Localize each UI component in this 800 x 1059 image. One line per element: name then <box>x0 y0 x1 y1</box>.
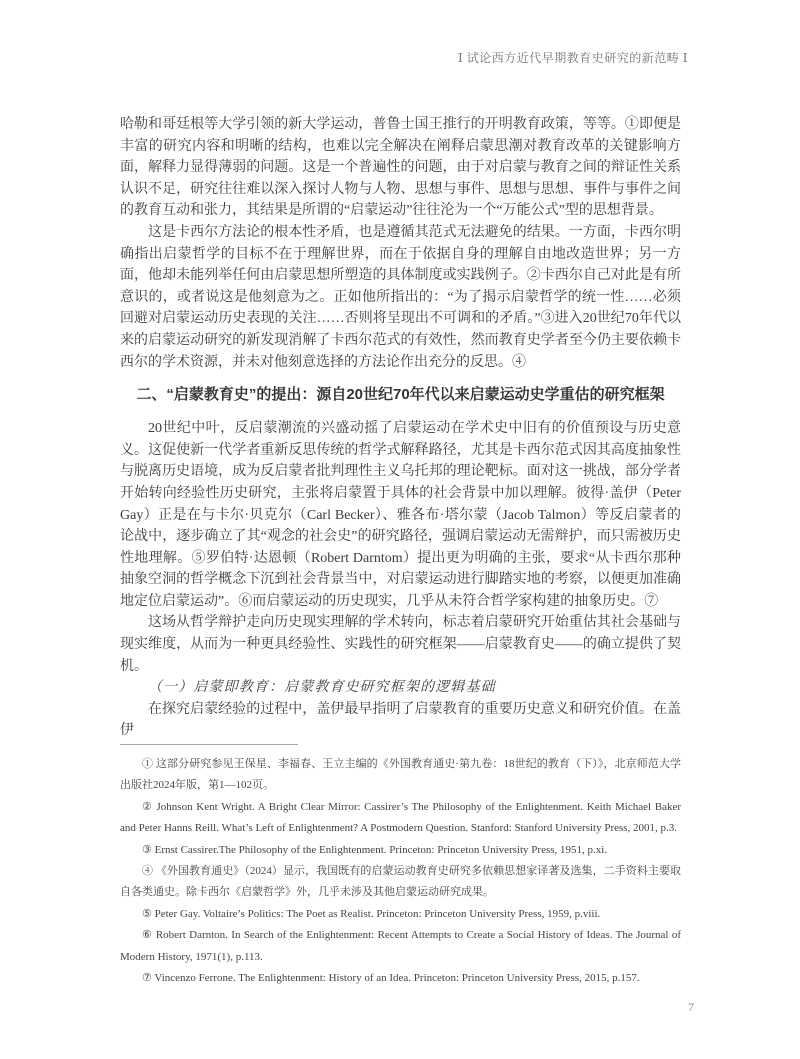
main-text-column: 哈勒和哥廷根等大学引领的新大学运动，普鲁士国王推行的开明教育政策，等等。①即便是… <box>120 114 681 742</box>
paragraph-historiography-turn: 20世纪中叶，反启蒙潮流的兴盛动摇了启蒙运动在学术史中旧有的价值预设与历史意义。… <box>120 418 681 612</box>
subsection-heading: （一）启蒙即教育：启蒙教育史研究框架的逻辑基础 <box>120 677 681 699</box>
paragraph-gay-intro: 在探究启蒙经验的过程中，盖伊最早指明了启蒙教育的重要历史意义和研究价值。在盖伊 <box>120 699 681 742</box>
footnote-4: ④ 《外国教育通史》（2024）显示，我国既有的启蒙运动教育史研究多依赖思想家译… <box>120 861 681 904</box>
paragraph-cassirer-contradiction: 这是卡西尔方法论的根本性矛盾，也是遵循其范式无法避免的结果。一方面，卡西尔明确指… <box>120 222 681 373</box>
footnote-7: ⑦ Vincenzo Ferrone. The Enlightenment: H… <box>120 968 681 989</box>
footnote-5: ⑤ Peter Gay. Voltaire’s Politics: The Po… <box>120 904 681 925</box>
paragraph-continuation: 哈勒和哥廷根等大学引领的新大学运动，普鲁士国王推行的开明教育政策，等等。①即便是… <box>120 114 681 222</box>
running-header: Ⅰ 试论西方近代早期教育史研究的新范畴 Ⅰ <box>458 49 688 66</box>
section-heading: 二、“启蒙教育史”的提出：源自20世纪70年代以来启蒙运动史学重估的研究框架 <box>120 384 681 406</box>
footnote-3: ③ Ernst Cassirer.The Philosophy of the E… <box>120 840 681 861</box>
footnote-area: ① 这部分研究参见王保星、李福春、王立主编的《外国教育通史·第九卷：18世纪的教… <box>120 744 681 989</box>
footnote-1: ① 这部分研究参见王保星、李福春、王立主编的《外国教育通史·第九卷：18世纪的教… <box>120 754 681 797</box>
page-number: 7 <box>688 1000 694 1015</box>
paper-page: Ⅰ 试论西方近代早期教育史研究的新范畴 Ⅰ 哈勒和哥廷根等大学引领的新大学运动，… <box>0 0 800 1059</box>
footnote-6: ⑥ Robert Darnton. In Search of the Enlig… <box>120 925 681 968</box>
paragraph-transition: 这场从哲学辩护走向历史现实理解的学术转向，标志着启蒙研究开始重估其社会基础与现实… <box>120 612 681 677</box>
footnote-2: ② Johnson Kent Wright. A Bright Clear Mi… <box>120 797 681 840</box>
footnote-separator-rule <box>120 744 298 745</box>
